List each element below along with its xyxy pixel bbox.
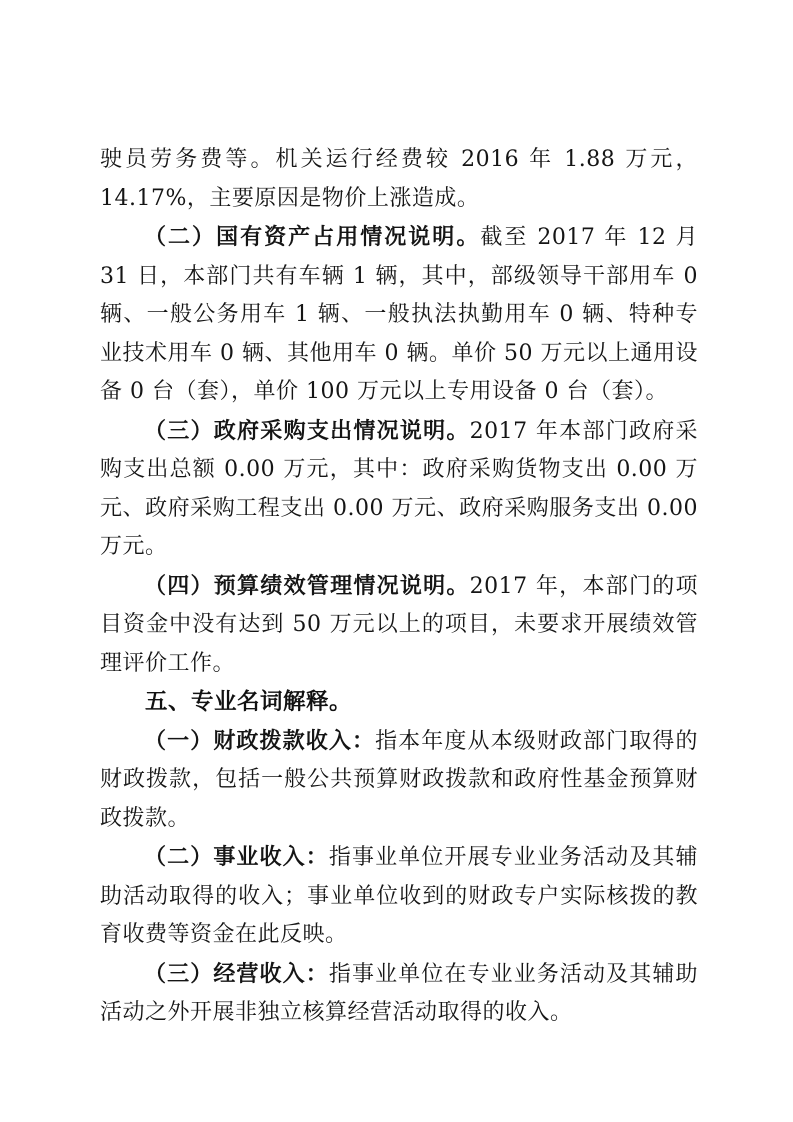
paragraph-text: 截至 2017 年 12 月 31 日，本部门共有车辆 1 辆，其中，部级领导干… <box>100 225 698 404</box>
paragraph-operating-expense-continued: 驶员劳务费等。机关运行经费较 2016 年 1.88 万元，14.17%，主要原… <box>100 141 698 218</box>
paragraph-state-asset-usage: （二）国有资产占用情况说明。截至 2017 年 12 月 31 日，本部门共有车… <box>100 218 698 412</box>
term-label: （二）事业收入： <box>144 844 329 870</box>
paragraph-budget-performance: （四）预算绩效管理情况说明。2017 年，本部门的项目资金中没有达到 50 万元… <box>100 567 698 684</box>
document-page: 驶员劳务费等。机关运行经费较 2016 年 1.88 万元，14.17%，主要原… <box>0 0 793 1122</box>
section-label: （二）国有资产占用情况说明。 <box>144 224 480 250</box>
section-heading-glossary: 五、专业名词解释。 <box>100 683 698 722</box>
paragraph-government-procurement: （三）政府采购支出情况说明。2017 年本部门政府采购支出总额 0.00 万元，… <box>100 412 698 567</box>
term-label: （一）财政拨款收入： <box>144 728 375 754</box>
section-label: （三）政府采购支出情况说明。 <box>144 418 470 444</box>
paragraph-term-fiscal-appropriation-income: （一）财政拨款收入：指本年度从本级财政部门取得的财政拨款，包括一般公共预算财政拨… <box>100 722 698 839</box>
section-label: （四）预算绩效管理情况说明。 <box>144 573 470 599</box>
heading-text: 五、专业名词解释。 <box>145 689 352 715</box>
paragraph-text: 驶员劳务费等。机关运行经费较 2016 年 1.88 万元，14.17%，主要原… <box>100 147 698 211</box>
term-label: （三）经营收入： <box>144 961 329 987</box>
paragraph-term-operating-income: （三）经营收入：指事业单位在专业业务活动及其辅助活动之外开展非独立核算经营活动取… <box>100 955 698 1033</box>
document-body: 驶员劳务费等。机关运行经费较 2016 年 1.88 万元，14.17%，主要原… <box>100 141 698 1033</box>
paragraph-term-institutional-income: （二）事业收入：指事业单位开展专业业务活动及其辅助活动取得的收入；事业单位收到的… <box>100 838 698 955</box>
